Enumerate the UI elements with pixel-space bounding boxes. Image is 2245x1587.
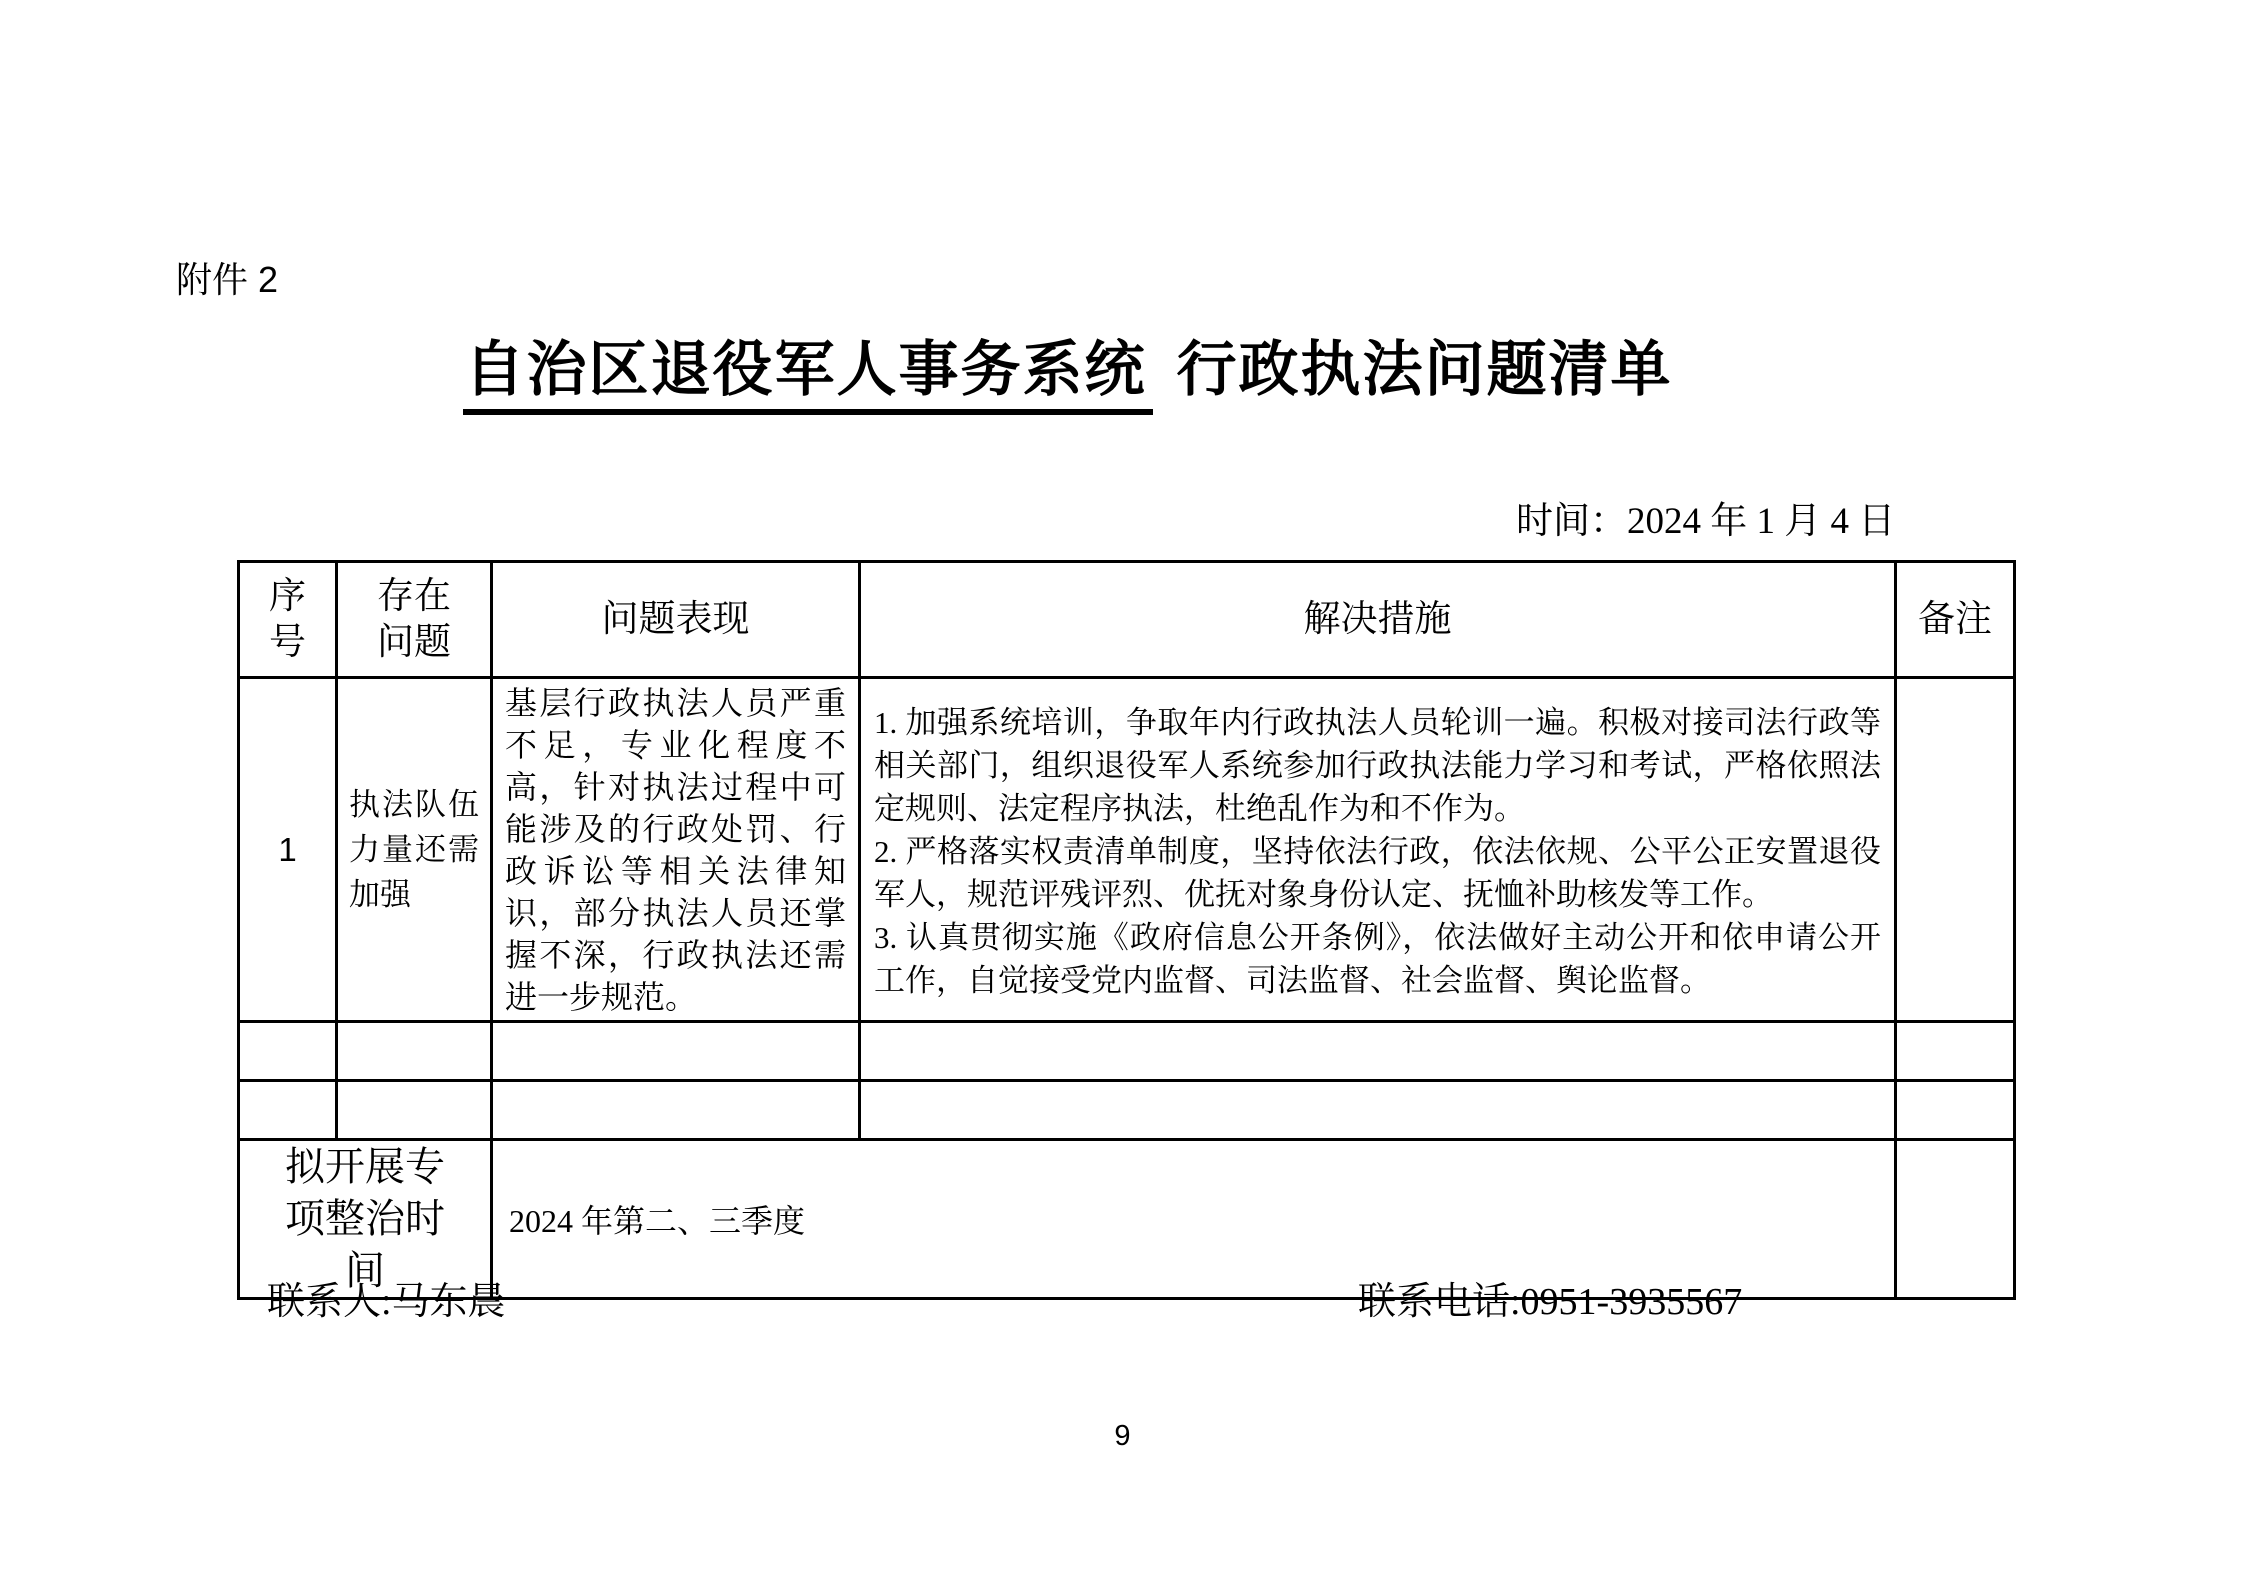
empty-cell [860, 1022, 1896, 1081]
header-cell-remark: 备注 [1896, 562, 2015, 678]
page-title: 自治区退役军人事务系统行政执法问题清单 [0, 322, 2245, 408]
header-cell-index: 序号 [239, 562, 337, 678]
empty-cell [239, 1022, 337, 1081]
empty-cell [239, 1081, 337, 1140]
contact-phone: 联系电话:0951-3935567 [1358, 1278, 1742, 1326]
date-label: 时间：2024 年 1 月 4 日 [1516, 498, 1895, 546]
measure-item-3: 3. 认真贯彻实施《政府信息公开条例》，依法做好主动公开和依申请公开工作，自觉接… [874, 916, 1881, 1002]
page-title-rest-part: 行政执法问题清单 [1177, 337, 1673, 403]
empty-cell [337, 1081, 492, 1140]
empty-row [239, 1022, 2015, 1081]
measure-item-2: 2. 严格落实权责清单制度，坚持依法行政，依法依规、公平公正安置退役军人，规范评… [874, 830, 1881, 916]
empty-cell [492, 1022, 860, 1081]
attachment-label: 附件 2 [176, 258, 278, 302]
cell-problem: 执法队伍力量还需加强 [337, 678, 492, 1022]
footer-label-cell: 拟开展专项整治时间 [239, 1140, 492, 1299]
cell-manifestation: 基层行政执法人员严重不足，专业化程度不高，针对执法过程中可能涉及的行政处罚、行政… [492, 678, 860, 1022]
header-cell-problem: 存在问题 [337, 562, 492, 678]
table-row: 1 执法队伍力量还需加强 基层行政执法人员严重不足，专业化程度不高，针对执法过程… [239, 678, 2015, 1022]
header-cell-manifestation: 问题表现 [492, 562, 860, 678]
page-title-underlined-part: 自治区退役军人事务系统 [463, 337, 1153, 415]
empty-cell [1896, 1022, 2015, 1081]
table-footer-row: 拟开展专项整治时间 2024 年第二、三季度 [239, 1140, 2015, 1299]
footer-value-cell: 2024 年第二、三季度 [492, 1140, 1896, 1299]
empty-cell [492, 1081, 860, 1140]
empty-row [239, 1081, 2015, 1140]
measure-item-1: 1. 加强系统培训，争取年内行政执法人员轮训一遍。积极对接司法行政等相关部门，组… [874, 701, 1881, 830]
table-header-row: 序号 存在问题 问题表现 解决措施 备注 [239, 562, 2015, 678]
empty-cell [337, 1022, 492, 1081]
footer-remark-cell [1896, 1140, 2015, 1299]
cell-measures: 1. 加强系统培训，争取年内行政执法人员轮训一遍。积极对接司法行政等相关部门，组… [860, 678, 1896, 1022]
contact-person: 联系人:马东晨 [267, 1278, 506, 1326]
problem-list-table: 序号 存在问题 问题表现 解决措施 备注 1 执法队伍力量还需加强 基层行政执法… [237, 560, 2016, 1300]
page-number: 9 [0, 1420, 2245, 1453]
empty-cell [860, 1081, 1896, 1140]
cell-index: 1 [239, 678, 337, 1022]
empty-cell [1896, 1081, 2015, 1140]
cell-remark [1896, 678, 2015, 1022]
header-cell-measures: 解决措施 [860, 562, 1896, 678]
